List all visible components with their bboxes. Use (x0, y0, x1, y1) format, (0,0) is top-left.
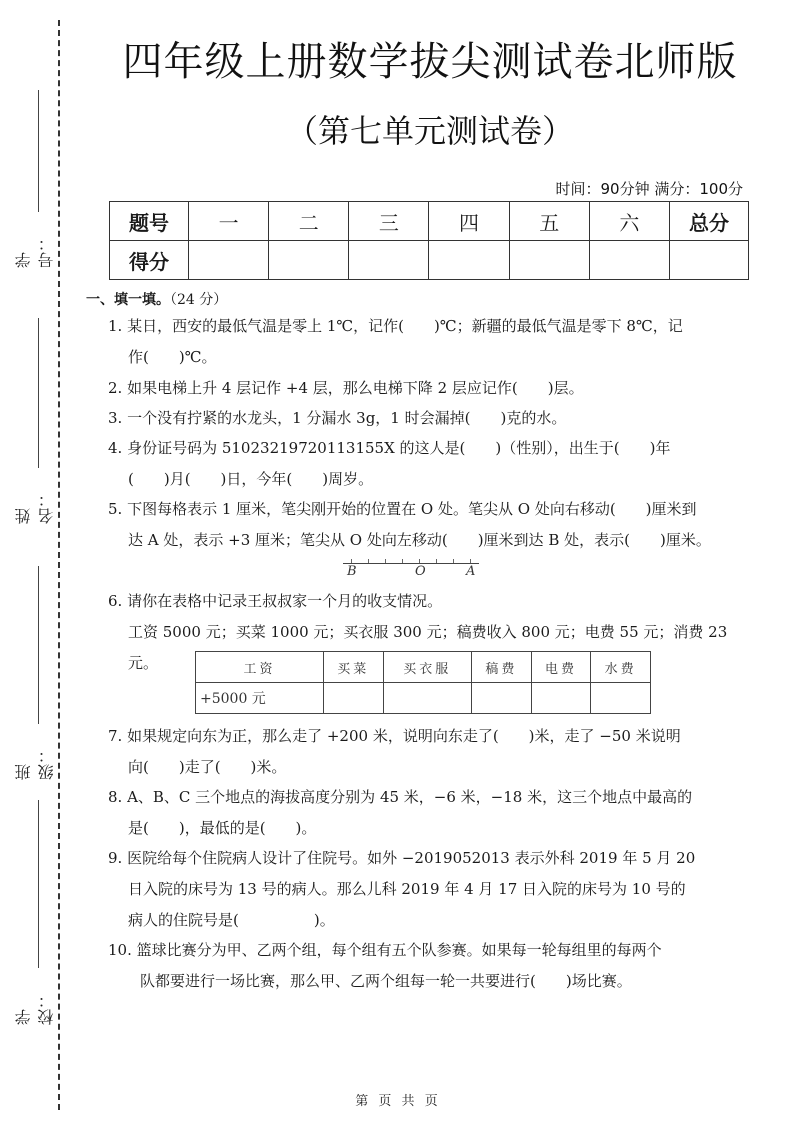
number-line-diagram: B O A (343, 556, 479, 582)
tick-mark (351, 559, 352, 563)
ledger-value-cell: +5000 元 (196, 683, 324, 714)
ledger-value-cell[interactable] (472, 683, 532, 714)
question-9: 9. 医院给每个住院病人设计了住院号。如外 −2019052013 表示外科 2… (108, 843, 728, 936)
question-4: 4. 身份证号码为 51023219720113155X 的这人是( )（性别）… (108, 433, 728, 495)
section-title: 一、填一填。 (86, 292, 170, 308)
score-cell[interactable] (349, 241, 429, 280)
question-line: 7. 如果规定向东为正，那么走了 +200 米，说明向东走了( )米，走了 −5… (108, 721, 728, 752)
class-label: 班级： (12, 730, 38, 780)
ledger-value-row: +5000 元 (196, 683, 651, 714)
tick-mark (470, 559, 471, 563)
question-line: 病人的住院号是( )。 (108, 905, 728, 936)
tick-mark (385, 559, 386, 563)
binding-dashed-line (58, 20, 60, 1110)
score-table-score-row: 得分 (110, 241, 749, 280)
ledger-header-cell: 电费 (531, 652, 591, 683)
question-line: 8. A、B、C 三个地点的海拔高度分别为 45 米，−6 米，−18 米，这三… (108, 782, 728, 813)
tick-mark (402, 559, 403, 563)
score-cell[interactable] (509, 241, 589, 280)
question-line: 5. 下图每格表示 1 厘米，笔尖刚开始的位置在 O 处。笔尖从 O 处向右移动… (108, 494, 728, 525)
ledger-header-cell: 水费 (591, 652, 651, 683)
ledger-header-cell: 稿费 (472, 652, 532, 683)
number-line-axis (343, 563, 479, 564)
question-8: 8. A、B、C 三个地点的海拔高度分别为 45 米，−6 米，−18 米，这三… (108, 782, 728, 844)
student-id-label: 学号： (12, 218, 38, 268)
score-cell[interactable] (189, 241, 269, 280)
question-10: 10. 篮球比赛分为甲、乙两个组，每个组有五个队参赛。如果每一轮每组里的每两个 … (108, 935, 728, 997)
section-points: （24 分） (170, 292, 227, 308)
ledger-value-cell[interactable] (383, 683, 472, 714)
point-a-label: A (466, 564, 475, 579)
question-line: 是( )，最低的是( )。 (108, 813, 728, 844)
question-3: 3. 一个没有拧紧的水龙头，1 分漏水 3g，1 时会漏掉( )克的水。 (108, 403, 728, 434)
score-header-cell: 三 (349, 202, 429, 241)
score-cell[interactable] (589, 241, 669, 280)
score-cell[interactable] (670, 241, 749, 280)
tick-mark (368, 559, 369, 563)
name-line[interactable] (38, 318, 39, 468)
question-line: 1. 某日，西安的最低气温是零上 1℃，记作( )℃；新疆的最低气温是零下 8℃… (108, 311, 728, 342)
score-header-cell: 题号 (110, 202, 189, 241)
ledger-value-cell[interactable] (531, 683, 591, 714)
score-cell[interactable] (429, 241, 509, 280)
score-table: 题号 一 二 三 四 五 六 总分 得分 (109, 201, 749, 280)
income-expense-table: 工资 买菜 买衣服 稿费 电费 水费 +5000 元 (195, 651, 651, 714)
score-cell[interactable] (269, 241, 349, 280)
score-header-cell: 四 (429, 202, 509, 241)
score-header-cell: 一 (189, 202, 269, 241)
score-table-header-row: 题号 一 二 三 四 五 六 总分 (110, 202, 749, 241)
exam-meta: 时间：90分钟 满分：100分 (556, 178, 744, 199)
ledger-header-row: 工资 买菜 买衣服 稿费 电费 水费 (196, 652, 651, 683)
score-header-cell: 二 (269, 202, 349, 241)
tick-mark (453, 559, 454, 563)
ledger-header-cell: 买衣服 (383, 652, 472, 683)
question-line: 向( )走了( )米。 (108, 752, 728, 783)
question-line: 达 A 处，表示 +3 厘米；笔尖从 O 处向左移动( )厘米到达 B 处，表示… (108, 525, 728, 556)
school-line[interactable] (38, 800, 39, 968)
question-7: 7. 如果规定向东为正，那么走了 +200 米，说明向东走了( )米，走了 −5… (108, 721, 728, 783)
question-1: 1. 某日，西安的最低气温是零上 1℃，记作( )℃；新疆的最低气温是零下 8℃… (108, 311, 728, 373)
point-b-label: B (347, 564, 357, 579)
question-line: 作( )℃。 (108, 342, 728, 373)
question-line: 10. 篮球比赛分为甲、乙两个组，每个组有五个队参赛。如果每一轮每组里的每两个 (108, 935, 728, 966)
question-5: 5. 下图每格表示 1 厘米，笔尖刚开始的位置在 O 处。笔尖从 O 处向右移动… (108, 494, 728, 556)
question-2: 2. 如果电梯上升 4 层记作 +4 层，那么电梯下降 2 层应记作( )层。 (108, 373, 728, 404)
page-footer: 第 页 共 页 (0, 1090, 793, 1109)
tick-mark (436, 559, 437, 563)
question-line: ( )月( )日，今年( )周岁。 (108, 464, 728, 495)
score-row-label: 得分 (110, 241, 189, 280)
name-label: 姓名： (12, 474, 38, 524)
question-line: 队都要进行一场比赛，那么甲、乙两个组每一轮一共要进行( )场比赛。 (108, 966, 728, 997)
question-line: 3. 一个没有拧紧的水龙头，1 分漏水 3g，1 时会漏掉( )克的水。 (108, 403, 728, 434)
question-line: 日入院的床号为 13 号的病人。那么儿科 2019 年 4 月 17 日入院的床… (108, 874, 728, 905)
question-line: 9. 医院给每个住院病人设计了住院号。如外 −2019052013 表示外科 2… (108, 843, 728, 874)
score-header-cell: 六 (589, 202, 669, 241)
ledger-value-cell[interactable] (591, 683, 651, 714)
ledger-header-cell: 工资 (196, 652, 324, 683)
point-o-label: O (415, 564, 426, 579)
page-title: 四年级上册数学拔尖测试卷北师版 (100, 30, 760, 87)
class-line[interactable] (38, 566, 39, 724)
score-header-cell: 五 (509, 202, 589, 241)
tick-mark (419, 559, 420, 563)
section-heading: 一、填一填。（24 分） (86, 289, 227, 309)
ledger-header-cell: 买菜 (323, 652, 383, 683)
ledger-value-cell[interactable] (323, 683, 383, 714)
page-subtitle: （第七单元测试卷） (100, 106, 760, 152)
question-line: 2. 如果电梯上升 4 层记作 +4 层，那么电梯下降 2 层应记作( )层。 (108, 373, 728, 404)
student-id-line[interactable] (38, 90, 39, 212)
question-line: 4. 身份证号码为 51023219720113155X 的这人是( )（性别）… (108, 433, 728, 464)
school-label: 学校： (12, 975, 38, 1025)
score-header-cell: 总分 (670, 202, 749, 241)
question-line: 6. 请你在表格中记录王叔叔家一个月的收支情况。 (108, 586, 728, 617)
